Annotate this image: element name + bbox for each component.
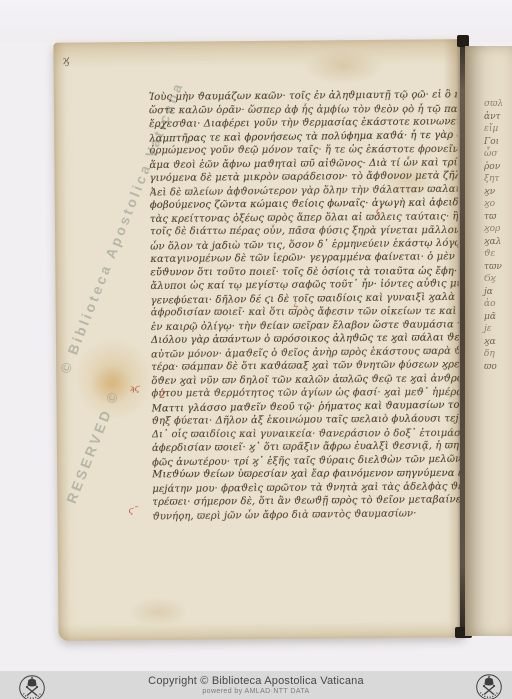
manuscript-viewer-page: { "colors":{ "background":"#f1eff2", "pa… (0, 0, 512, 699)
footer-bar: Copyright © Biblioteca Apostolica Vatica… (0, 671, 512, 699)
red-rubric-accent: ϟ (293, 303, 299, 313)
facing-text-fragment: ῥον (484, 161, 512, 174)
facing-text-fragment: ϗν (484, 186, 512, 199)
facing-text-fragment: ἀο (484, 298, 512, 311)
red-margin-number: 2 (159, 390, 165, 401)
facing-text-fragment: τϖ (484, 211, 512, 224)
facing-text-fragment: ϗα (484, 336, 512, 349)
facing-text-fragment: Ϭϗ (484, 273, 512, 286)
facing-text-fragment: δη (484, 348, 512, 361)
facing-text-fragment: ϳε (484, 323, 512, 336)
greek-text-block: Ἰοὺς μὴν ϑαυμάζων καῶν· τοῖς ἐν ἀληϑμιαυ… (149, 88, 461, 529)
facing-text-fragment: σϖλ (484, 98, 512, 111)
manuscript-text-line: ὥστε καλῶν ὁρᾶν· ὥσπερ ἀϕ ἧς ἀμϕίω τὸν ϑ… (149, 102, 457, 117)
stain-blotch (303, 48, 383, 85)
facing-text-fragment: ϳα (484, 286, 512, 299)
corner-ink-mark: ϗ (61, 53, 71, 67)
facing-text-fragment: ϖο (484, 361, 512, 374)
vatican-library-seal-icon (474, 673, 504, 699)
manuscript-text-line: εὔϑυνον ὅτι τοῦτο ποιεῖ· τοῖς δὲ ὁσίοις … (150, 264, 458, 279)
reserved-watermark-text: RESERVED © (63, 387, 122, 505)
red-margin-mark: ϛ῀ (128, 506, 138, 516)
footer-copyright-text: Copyright © Biblioteca Apostolica Vatica… (0, 675, 512, 687)
facing-text-fragment: μᾶ (484, 311, 512, 324)
stain-top-edge (53, 39, 459, 69)
manuscript-text-line: Ἰοὺς μὴν ϑαυμάζων καῶν· τοῖς ἐν ἀληϑμιαυ… (149, 88, 457, 104)
facing-page-text-fragments: σϖλἀντεἴμΓοιὧσῥονξητϗνϗοτϖϗορϗαλϑετϖνϬϗϳ… (484, 98, 512, 373)
facing-text-fragment: Γοι (484, 136, 512, 149)
facing-text-fragment: ϑε (484, 248, 512, 261)
background-top-shade (0, 0, 512, 42)
manuscript-text-line: Δι᾽ οἷς ϖαιδίοις καὶ γυναικεία· ϑανεράσι… (152, 426, 460, 441)
facing-text-fragment: ξητ (484, 173, 512, 186)
manuscript-text-line: Μιεϑύων ϑείων ὑϖρεσίαν ϗαὶ ἔαρ ϕαινόμενο… (152, 467, 460, 482)
facing-page-edge[interactable]: σϖλἀντεἴμΓοιὧσῥονξητϗνϗοτϖϗορϗαλϑετϖνϬϗϳ… (465, 46, 512, 636)
manuscript-text-line: ὁρμώμενος γοῦν ϑεῷ μόνον ταῖς· ἥ τε ὡς ἑ… (149, 143, 457, 158)
facing-text-fragment: ἀντ (484, 111, 512, 124)
facing-text-fragment: ϗορ (484, 223, 512, 236)
footer-powered-by-text: powered by AMLAD·NTT DATA (0, 688, 512, 695)
stain-blotch (128, 597, 188, 628)
manuscript-text-line: ἀϕροδισίαν ϖοιεῖ· καὶ ὅτι ϖρὸς ἄϕεσιν τῶ… (151, 305, 459, 320)
facing-text-fragment: ϗαλ (484, 236, 512, 249)
manuscript-page-verso[interactable]: ϗ © Biblioteca Apostolica Vaticana RESER… (53, 39, 464, 641)
stain-bottom-edge (58, 621, 464, 641)
red-margin-mark: ϡϛ (129, 384, 139, 394)
facing-text-fragment: ὧσ (484, 148, 512, 161)
facing-text-fragment: εἴμ (484, 123, 512, 136)
red-rubric-accent: ϛ (376, 206, 382, 217)
facing-text-fragment: ϗο (484, 198, 512, 211)
vatican-library-seal-icon (17, 674, 47, 699)
facing-text-fragment: τϖν (484, 261, 512, 274)
